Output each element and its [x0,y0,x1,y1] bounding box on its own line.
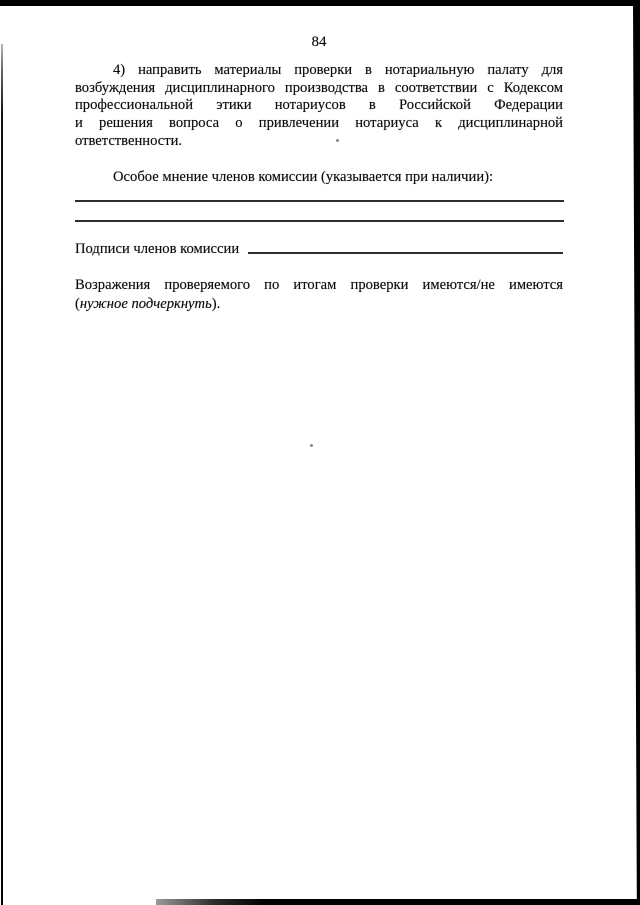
objections-paragraph: Возражения проверяемого по итогам провер… [75,276,563,313]
objections-italic-note: нужное подчеркнуть [80,296,212,312]
signatures-row: Подписи членов комиссии [75,241,563,259]
scan-border-right [633,0,640,905]
special-opinion-label: Особое мнение членов комиссии (указывает… [75,169,563,187]
signatures-fill-line [248,241,563,254]
paragraph-line: профессиональной этики нотариусов в Росс… [75,97,563,115]
paragraph-line: возбуждения дисциплинарного производства… [75,80,563,98]
scan-border-top [0,0,640,6]
paren-close: ). [212,296,221,312]
objections-line-2: (нужное подчеркнуть). [75,295,563,314]
body-paragraph: 4) направить материалы проверки в нотари… [75,62,563,151]
scan-border-bottom [156,899,640,905]
scanned-document-page: 84 4) направить материалы проверки в нот… [0,0,640,905]
paragraph-line: ответственности. [75,133,563,151]
paragraph-line: 4) направить материалы проверки в нотари… [75,62,563,80]
page-number: 84 [75,33,563,51]
blank-fill-line-1 [75,200,564,202]
scan-border-left [1,44,3,905]
signatures-label: Подписи членов комиссии [75,241,239,259]
blank-fill-line-2 [75,220,564,222]
paragraph-line: и решения вопроса о привлечении нотариус… [75,115,563,133]
objections-line-1: Возражения проверяемого по итогам провер… [75,276,563,295]
scan-artifact-dot [310,444,313,447]
